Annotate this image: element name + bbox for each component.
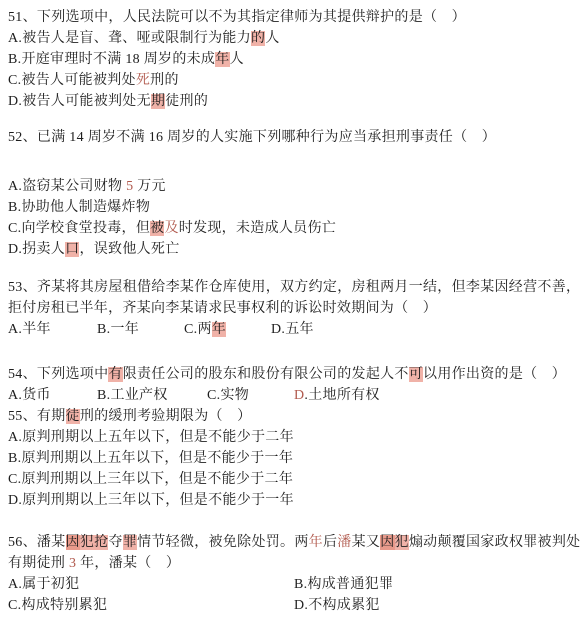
text-segment: B.开庭审理时不满 18 周岁的未成 xyxy=(8,52,215,67)
text-segment: 人 xyxy=(265,31,279,46)
text-segment: A.货币 xyxy=(8,388,51,403)
text-segment: D.不构成累犯 xyxy=(294,598,380,613)
highlighted-character: 被 xyxy=(150,221,164,236)
question-56: 56、潘某因犯抢夺罪情节轻微，被免除处罚。两年后潘某又因犯煽动颠覆国家政权罪被判… xyxy=(8,532,582,616)
text-segment: A.属于初犯 xyxy=(8,577,79,592)
text-segment: A.被告人是盲、聋、哑或限制行为能力 xyxy=(8,31,251,46)
question-55-option-a: A.原判刑期以上五年以下，但是不能少于二年 xyxy=(8,427,582,448)
highlighted-character: 徒 xyxy=(66,409,80,424)
text-segment: A.盗窃某公司财物 xyxy=(8,179,126,194)
question-54-option-c: C.实物 xyxy=(207,385,294,406)
text-segment: 煽动颠覆国家政权罪被判处 xyxy=(409,535,581,550)
text-segment: .土地所有权 xyxy=(304,388,379,403)
highlighted-character: 因 xyxy=(66,535,80,550)
text-segment: B.构成普通犯罪 xyxy=(294,577,393,592)
text-segment: C.原判刑期以上三年以下，但是不能少于二年 xyxy=(8,472,293,487)
question-51-stem-line-0: 51、下列选项中，人民法院可以不为其指定律师为其提供辩护的是（ ） xyxy=(8,7,582,28)
highlighted-character: 期 xyxy=(151,94,165,109)
highlighted-character: 年 xyxy=(212,322,226,337)
text-segment: 56、潘某 xyxy=(8,535,66,550)
text-segment: C.实物 xyxy=(207,388,249,403)
question-55-options: A.原判刑期以上五年以下，但是不能少于二年B.原判刑期以上五年以下，但是不能少于… xyxy=(8,427,582,511)
question-52-option-c: C.向学校食堂投毒，但被及时发现，未造成人员伤亡 xyxy=(8,218,582,239)
text-segment: 有期徒刑 xyxy=(8,556,69,571)
question-56-stem-line-1: 有期徒刑 3 年，潘某（ ） xyxy=(8,553,582,574)
question-53-options: A.半年B.一年C.两年D.五年 xyxy=(8,319,582,340)
highlighted-character: 犯 xyxy=(80,535,94,550)
question-55-option-b: B.原判刑期以上五年以下，但是不能少于一年 xyxy=(8,448,582,469)
text-segment: 53、齐某将其房屋租借给李某作仓库使用，双方约定，房租两月一结，但李某因经营不善… xyxy=(8,280,580,295)
highlighted-character: 罪 xyxy=(123,535,137,550)
red-character: 年 xyxy=(309,535,323,550)
question-51-option-a: A.被告人是盲、聋、哑或限制行为能力的人 xyxy=(8,28,582,49)
question-51-option-b: B.开庭审理时不满 18 周岁的未成年人 xyxy=(8,49,582,70)
text-segment: 以用作出资的是（ ） xyxy=(423,367,566,382)
question-56-option-c: C.构成特别累犯 xyxy=(8,595,294,616)
text-segment: B.工业产权 xyxy=(97,388,168,403)
question-55-option-c: C.原判刑期以上三年以下，但是不能少于二年 xyxy=(8,469,582,490)
question-56-option-d: D.不构成累犯 xyxy=(294,598,380,613)
text-segment: 拒付房租已半年，齐某向李某请求民事权利的诉讼时效期间为（ ） xyxy=(8,301,437,316)
question-54-option-b: B.工业产权 xyxy=(97,385,207,406)
question-54-options: A.货币B.工业产权C.实物D.土地所有权 xyxy=(8,385,582,406)
question-51-option-d: D.被告人可能被判处无期徒刑的 xyxy=(8,91,582,112)
question-53-option-d: D.五年 xyxy=(271,319,314,340)
text-segment: 54、下列选项中 xyxy=(8,367,108,382)
text-segment: 人 xyxy=(230,52,244,67)
text-segment: D.五年 xyxy=(271,322,314,337)
text-segment: 徒刑的 xyxy=(165,94,208,109)
question-52-options: A.盗窃某公司财物 5 万元B.协助他人制造爆炸物C.向学校食堂投毒，但被及时发… xyxy=(8,176,582,260)
highlighted-character: 年 xyxy=(215,52,229,67)
question-56-stem-line-0: 56、潘某因犯抢夺罪情节轻微，被免除处罚。两年后潘某又因犯煽动颠覆国家政权罪被判… xyxy=(8,532,582,553)
question-52-stem-line-0: 52、已满 14 周岁不满 16 周岁的人实施下列哪种行为应当承担刑事责任（ ） xyxy=(8,127,582,148)
question-54-stem-line-0: 54、下列选项中有限责任公司的股东和股份有限公司的发起人不可以用作出资的是（ ） xyxy=(8,364,582,385)
question-53-option-c: C.两年 xyxy=(184,319,271,340)
text-segment: 情节轻微，被免除处罚。两 xyxy=(137,535,309,550)
question-54-option-a: A.货币 xyxy=(8,385,97,406)
text-segment: 51、下列选项中，人民法院可以不为其指定律师为其提供辩护的是（ ） xyxy=(8,10,466,25)
text-segment: D.原判刑期以上三年以下，但是不能少于一年 xyxy=(8,493,294,508)
question-51-option-c: C.被告人可能被判处死刑的 xyxy=(8,70,582,91)
question-51: 51、下列选项中，人民法院可以不为其指定律师为其提供辩护的是（ ）A.被告人是盲… xyxy=(8,7,582,112)
text-segment: 夺 xyxy=(108,535,122,550)
text-segment: C.被告人可能被判处 xyxy=(8,73,136,88)
question-56-options-row: C.构成特别累犯D.不构成累犯 xyxy=(8,595,582,616)
question-53: 53、齐某将其房屋租借给李某作仓库使用，双方约定，房租两月一结，但李某因经营不善… xyxy=(8,277,582,340)
question-51-options: A.被告人是盲、聋、哑或限制行为能力的人B.开庭审理时不满 18 周岁的未成年人… xyxy=(8,28,582,112)
highlighted-character: 可 xyxy=(409,367,423,382)
question-52-option-b: B.协助他人制造爆炸物 xyxy=(8,197,582,218)
text-segment: D.被告人可能被判处无 xyxy=(8,94,151,109)
text-segment: C.向学校食堂投毒，但 xyxy=(8,221,150,236)
question-55-stem-line-0: 55、有期徒刑的缓刑考验期限为（ ） xyxy=(8,406,582,427)
text-segment: D.拐卖人 xyxy=(8,242,65,257)
text-segment: B.一年 xyxy=(97,322,139,337)
red-character: 潘 xyxy=(337,535,351,550)
question-53-stem-line-0: 53、齐某将其房屋租借给李某作仓库使用，双方约定，房租两月一结，但李某因经营不善… xyxy=(8,277,582,298)
text-segment: 刑的 xyxy=(150,73,179,88)
text-segment: C.两 xyxy=(184,322,212,337)
question-53-option-a: A.半年 xyxy=(8,319,97,340)
question-52-option-a: A.盗窃某公司财物 5 万元 xyxy=(8,176,582,197)
highlighted-character: 口 xyxy=(65,242,79,257)
question-54-option-d: D.土地所有权 xyxy=(294,385,380,406)
text-segment: A.原判刑期以上五年以下，但是不能少于二年 xyxy=(8,430,294,445)
question-56-options-row: A.属于初犯B.构成普通犯罪 xyxy=(8,574,582,595)
red-character: 死 xyxy=(136,73,150,88)
question-52: 52、已满 14 周岁不满 16 周岁的人实施下列哪种行为应当承担刑事责任（ ）… xyxy=(8,127,582,260)
text-segment: 52、已满 14 周岁不满 16 周岁的人实施下列哪种行为应当承担刑事责任（ ） xyxy=(8,130,496,145)
question-56-option-b: B.构成普通犯罪 xyxy=(294,577,393,592)
question-55: 55、有期徒刑的缓刑考验期限为（ ）A.原判刑期以上五年以下，但是不能少于二年B… xyxy=(8,406,582,511)
text-segment: 后 xyxy=(323,535,337,550)
question-54: 54、下列选项中有限责任公司的股东和股份有限公司的发起人不可以用作出资的是（ ）… xyxy=(8,364,582,406)
question-52-option-d: D.拐卖人口，误致他人死亡 xyxy=(8,239,582,260)
text-segment: C.构成特别累犯 xyxy=(8,598,107,613)
text-segment: B.协助他人制造爆炸物 xyxy=(8,200,150,215)
red-character: D xyxy=(294,388,304,403)
text-segment: 某又 xyxy=(352,535,381,550)
text-segment: 时发现，未造成人员伤亡 xyxy=(179,221,336,236)
question-56-option-a: A.属于初犯 xyxy=(8,574,294,595)
highlighted-character: 犯 xyxy=(395,535,409,550)
text-segment: 年，潘某（ ） xyxy=(76,556,180,571)
highlighted-character: 的 xyxy=(251,31,265,46)
text-segment: 限责任公司的股东和股份有限公司的发起人不 xyxy=(123,367,409,382)
text-segment: 万元 xyxy=(133,179,165,194)
highlighted-character: 有 xyxy=(108,367,122,382)
highlighted-character: 因 xyxy=(380,535,394,550)
exam-page: 51、下列选项中，人民法院可以不为其指定律师为其提供辩护的是（ ）A.被告人是盲… xyxy=(0,0,586,625)
question-53-option-b: B.一年 xyxy=(97,319,184,340)
text-segment: 刑的缓刑考验期限为（ ） xyxy=(80,409,252,424)
text-segment: B.原判刑期以上五年以下，但是不能少于一年 xyxy=(8,451,293,466)
question-53-stem-line-1: 拒付房租已半年，齐某向李某请求民事权利的诉讼时效期间为（ ） xyxy=(8,298,582,319)
text-segment: A.半年 xyxy=(8,322,51,337)
red-character: 及 xyxy=(164,221,178,236)
highlighted-character: 抢 xyxy=(94,535,108,550)
text-segment: ，误致他人死亡 xyxy=(79,242,179,257)
text-segment: 55、有期 xyxy=(8,409,66,424)
question-55-option-d: D.原判刑期以上三年以下，但是不能少于一年 xyxy=(8,490,582,511)
